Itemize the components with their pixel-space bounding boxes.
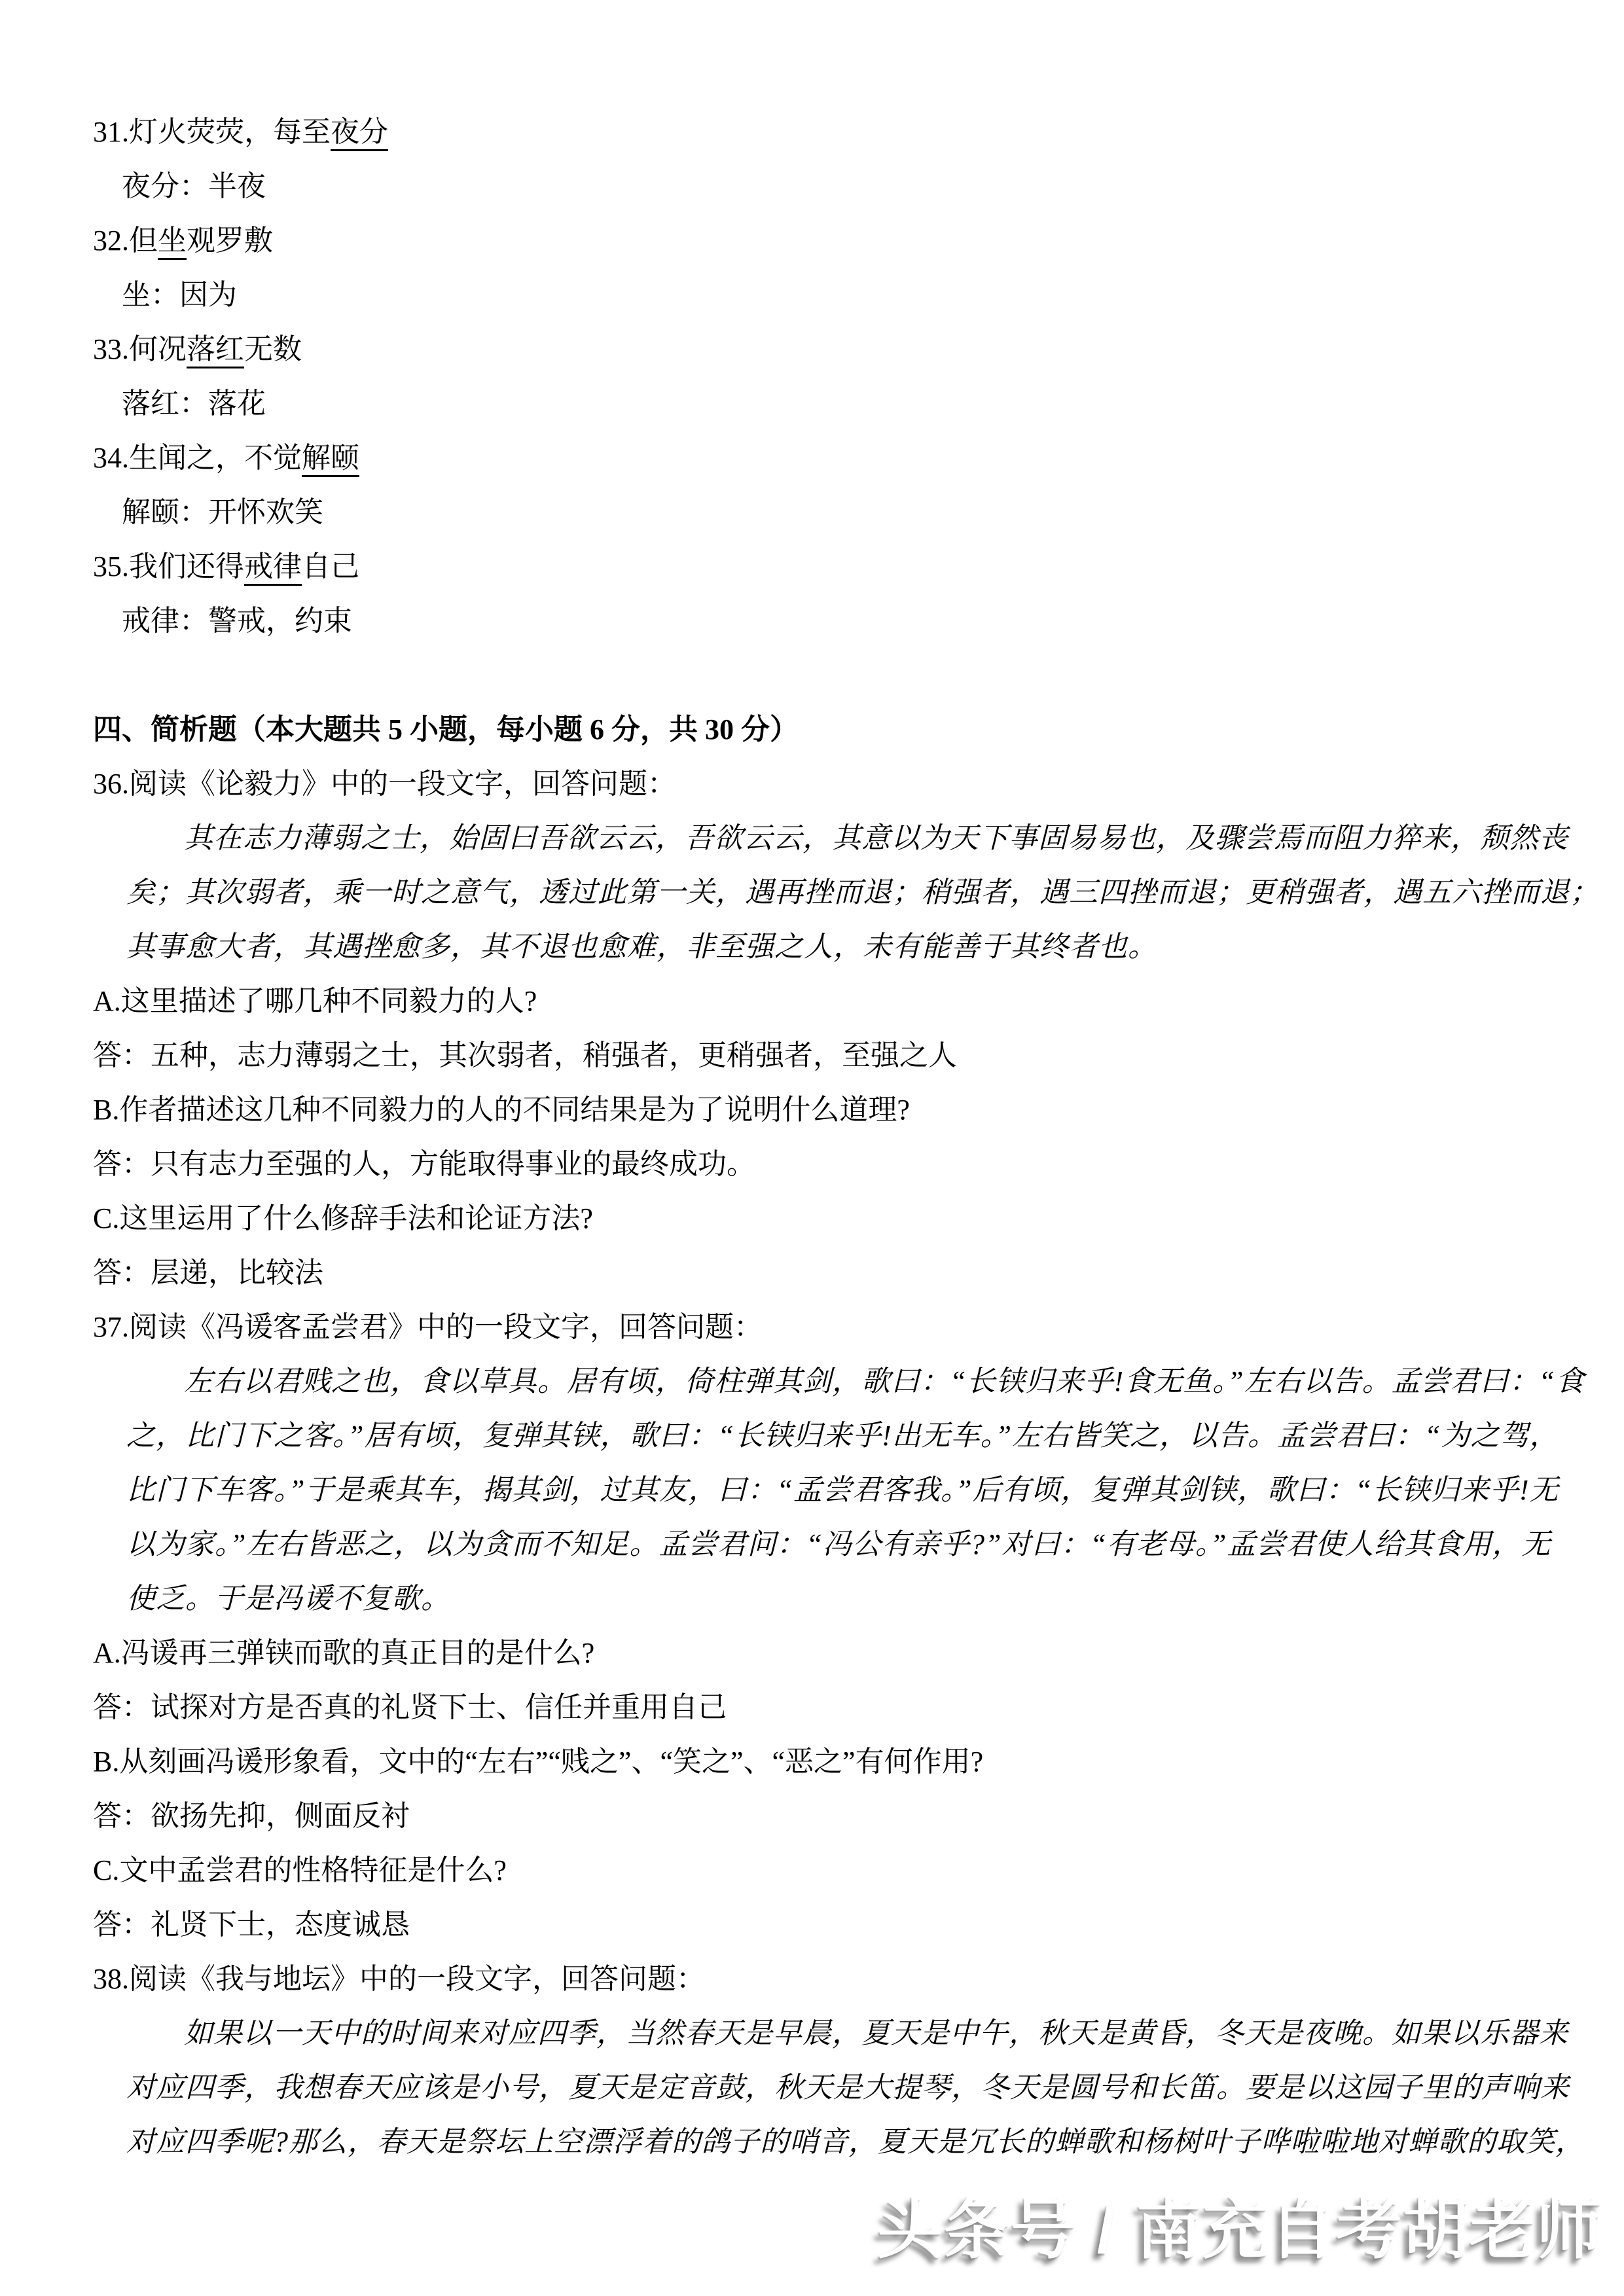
question-line: B.作者描述这几种不同毅力的人的不同结果是为了说明什么道理? bbox=[0, 1083, 1624, 1137]
text-run: 其事愈大者，其遇挫愈多，其不退也愈难，非至强之人，未有能善于其终者也。 bbox=[126, 931, 1157, 963]
definition-line: 落红：落花 bbox=[0, 376, 1624, 431]
text-run: 解颐：开怀欢笑 bbox=[122, 496, 323, 528]
text-run: B.从刻画冯谖形象看，文中的“左右”“贱之”、“笑之”、“恶之”有何作用? bbox=[93, 1746, 983, 1778]
text-run: 37.阅读《冯谖客孟尝君》中的一段文字，回答问题： bbox=[93, 1311, 763, 1343]
question-line: C.文中孟尝君的性格特征是什么? bbox=[0, 1843, 1624, 1897]
text-run: 答：欲扬先抑，侧面反衬 bbox=[93, 1800, 410, 1832]
text-run: C.文中孟尝君的性格特征是什么? bbox=[93, 1854, 507, 1886]
text-run: 答：只有志力至强的人，方能取得事业的最终成功。 bbox=[93, 1148, 755, 1180]
text-run: 答：礼贤下士，态度诚恳 bbox=[93, 1909, 410, 1941]
watermark-text: 头条号 / 南充自考胡老师 bbox=[877, 2194, 1603, 2266]
question-line: 答：层递，比较法 bbox=[0, 1246, 1624, 1300]
question-line: 答：五种，志力薄弱之士，其次弱者，稍强者，更稍强者，至强之人 bbox=[0, 1028, 1624, 1083]
text-run: 32.但 bbox=[93, 224, 158, 257]
question-line: 37.阅读《冯谖客孟尝君》中的一段文字，回答问题： bbox=[0, 1300, 1624, 1354]
exam-page: 31.灯火荧荧，每至夜分夜分：半夜32.但坐观罗敷坐：因为33.何况落红无数落红… bbox=[0, 0, 1624, 2169]
text-run: 答：试探对方是否真的礼贤下士、信任并重用自己 bbox=[93, 1691, 727, 1723]
question-line: 答：欲扬先抑，侧面反衬 bbox=[0, 1789, 1624, 1843]
question-line: C.这里运用了什么修辞手法和论证方法? bbox=[0, 1191, 1624, 1246]
passage-line: 左右以君贱之也，食以草具。居有顷，倚柱弹其剑，歌曰：“长铗归来乎!食无鱼。”左右… bbox=[0, 1354, 1624, 1408]
text-run: 矣；其次弱者，乘一时之意气，透过此第一关，遇再挫而退；稍强者，遇三四挫而退；更稍… bbox=[126, 876, 1599, 908]
definition-line: 夜分：半夜 bbox=[0, 159, 1624, 213]
question-line: 36.阅读《论毅力》中的一段文字，回答问题： bbox=[0, 757, 1624, 811]
question-line: 34.生闻之，不觉解颐 bbox=[0, 431, 1624, 485]
question-line: B.从刻画冯谖形象看，文中的“左右”“贱之”、“笑之”、“恶之”有何作用? bbox=[0, 1734, 1624, 1789]
text-run: 使乏。于是冯谖不复歌。 bbox=[126, 1583, 450, 1615]
text-run: 无数 bbox=[244, 333, 302, 365]
underlined-term: 戒律 bbox=[244, 550, 302, 586]
passage-line: 使乏。于是冯谖不复歌。 bbox=[0, 1571, 1624, 1626]
passage-line: 如果以一天中的时间来对应四季，当然春天是早晨，夏天是中午，秋天是黄昏，冬天是夜晚… bbox=[0, 2006, 1624, 2060]
underlined-term: 坐 bbox=[158, 224, 187, 260]
passage-line: 比门下车客。”于是乘其车，揭其剑，过其友，曰：“孟尝君客我。”后有顷，复弹其剑铗… bbox=[0, 1463, 1624, 1517]
text-run: 坐：因为 bbox=[122, 279, 237, 311]
underlined-term: 夜分 bbox=[331, 116, 388, 151]
underlined-term: 落红 bbox=[187, 333, 244, 368]
text-run: 四、简析题（本大题共 5 小题，每小题 6 分，共 30 分） bbox=[93, 713, 799, 745]
text-run: 对应四季，我想春天应该是小号，夏天是定音鼓，秋天是大提琴，冬天是圆号和长笛。要是… bbox=[126, 2072, 1570, 2104]
question-line: 38.阅读《我与地坛》中的一段文字，回答问题： bbox=[0, 1952, 1624, 2006]
definition-line: 戒律：警戒，约束 bbox=[0, 594, 1624, 648]
question-line: 33.何况落红无数 bbox=[0, 322, 1624, 376]
text-run: 之，比门下之客。”居有顷，复弹其铗，歌曰：“长铗归来乎!出无车。”左右皆笑之，以… bbox=[126, 1420, 1559, 1452]
question-line: A.这里描述了哪几种不同毅力的人? bbox=[0, 974, 1624, 1028]
underlined-term: 解颐 bbox=[302, 442, 359, 477]
text-run: 夜分：半夜 bbox=[122, 170, 266, 202]
text-run: 比门下车客。”于是乘其车，揭其剑，过其友，曰：“孟尝君客我。”后有顷，复弹其剑铗… bbox=[126, 1474, 1559, 1506]
passage-line: 矣；其次弱者，乘一时之意气，透过此第一关，遇再挫而退；稍强者，遇三四挫而退；更稍… bbox=[0, 865, 1624, 920]
text-run: A.这里描述了哪几种不同毅力的人? bbox=[93, 985, 537, 1017]
section-heading: 四、简析题（本大题共 5 小题，每小题 6 分，共 30 分） bbox=[0, 702, 1624, 757]
text-run: C.这里运用了什么修辞手法和论证方法? bbox=[93, 1202, 593, 1234]
text-run: 自己 bbox=[302, 550, 359, 583]
passage-line: 对应四季，我想春天应该是小号，夏天是定音鼓，秋天是大提琴，冬天是圆号和长笛。要是… bbox=[0, 2060, 1624, 2115]
text-run: 如果以一天中的时间来对应四季，当然春天是早晨，夏天是中午，秋天是黄昏，冬天是夜晚… bbox=[184, 2017, 1568, 2049]
text-run: A.冯谖再三弹铗而歌的真正目的是什么? bbox=[93, 1637, 594, 1669]
text-run: 对应四季呢?那么，春天是祭坛上空漂浮着的鸽子的哨音，夏天是冗长的蝉歌和杨树叶子哗… bbox=[126, 2126, 1585, 2158]
question-line: 答：试探对方是否真的礼贤下士、信任并重用自己 bbox=[0, 1680, 1624, 1734]
text-run: 落红：落花 bbox=[122, 387, 266, 420]
text-run: 观罗敷 bbox=[187, 224, 273, 257]
question-line: 31.灯火荧荧，每至夜分 bbox=[0, 105, 1624, 159]
passage-line: 对应四季呢?那么，春天是祭坛上空漂浮着的鸽子的哨音，夏天是冗长的蝉歌和杨树叶子哗… bbox=[0, 2115, 1624, 2169]
text-run: 34.生闻之，不觉 bbox=[93, 442, 302, 474]
blank-line bbox=[0, 648, 1624, 702]
text-run: 左右以君贱之也，食以草具。居有顷，倚柱弹其剑，歌曰：“长铗归来乎!食无鱼。”左右… bbox=[184, 1365, 1585, 1397]
passage-line: 以为家。”左右皆恶之，以为贪而不知足。孟尝君问：“冯公有亲乎?”对曰：“有老母。… bbox=[0, 1517, 1624, 1571]
text-run: 其在志力薄弱之士，始固曰吾欲云云，吾欲云云，其意以为天下事固易易也，及骤尝焉而阻… bbox=[184, 822, 1568, 854]
text-run: 36.阅读《论毅力》中的一段文字，回答问题： bbox=[93, 768, 676, 800]
passage-line: 其在志力薄弱之士，始固曰吾欲云云，吾欲云云，其意以为天下事固易易也，及骤尝焉而阻… bbox=[0, 811, 1624, 865]
text-run: 33.何况 bbox=[93, 333, 187, 365]
text-run: 以为家。”左右皆恶之，以为贪而不知足。孟尝君问：“冯公有亲乎?”对曰：“有老母。… bbox=[126, 1528, 1551, 1560]
question-line: 35.我们还得戒律自己 bbox=[0, 539, 1624, 594]
text-run: 35.我们还得 bbox=[93, 550, 244, 583]
document-body: 31.灯火荧荧，每至夜分夜分：半夜32.但坐观罗敷坐：因为33.何况落红无数落红… bbox=[0, 0, 1624, 2169]
question-line: 答：礼贤下士，态度诚恳 bbox=[0, 1897, 1624, 1952]
text-run: 38.阅读《我与地坛》中的一段文字，回答问题： bbox=[93, 1963, 705, 1995]
text-run: 答：五种，志力薄弱之士，其次弱者，稍强者，更稍强者，至强之人 bbox=[93, 1039, 957, 1071]
text-run: 答：层递，比较法 bbox=[93, 1257, 323, 1289]
text-run: 戒律：警戒，约束 bbox=[122, 605, 352, 637]
question-line: A.冯谖再三弹铗而歌的真正目的是什么? bbox=[0, 1626, 1624, 1680]
definition-line: 坐：因为 bbox=[0, 268, 1624, 322]
text-run: 31.灯火荧荧，每至 bbox=[93, 116, 331, 148]
passage-line: 其事愈大者，其遇挫愈多，其不退也愈难，非至强之人，未有能善于其终者也。 bbox=[0, 920, 1624, 974]
definition-line: 解颐：开怀欢笑 bbox=[0, 485, 1624, 539]
question-line: 32.但坐观罗敷 bbox=[0, 213, 1624, 268]
text-run: B.作者描述这几种不同毅力的人的不同结果是为了说明什么道理? bbox=[93, 1094, 910, 1126]
question-line: 答：只有志力至强的人，方能取得事业的最终成功。 bbox=[0, 1137, 1624, 1191]
passage-line: 之，比门下之客。”居有顷，复弹其铗，歌曰：“长铗归来乎!出无车。”左右皆笑之，以… bbox=[0, 1408, 1624, 1463]
